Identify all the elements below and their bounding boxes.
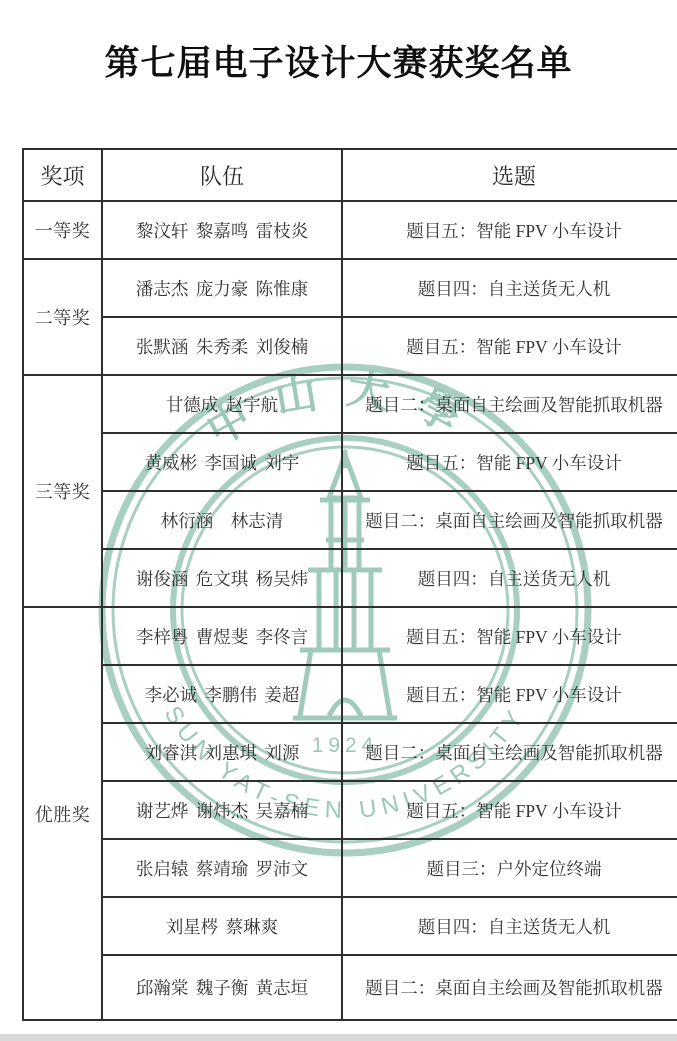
- awards-table: 奖项 队伍 选题 一等奖黎汶轩 黎嘉鸣 雷枝炎题目五：智能 FPV 小车设计二等…: [22, 148, 677, 1021]
- team-cell: 黎汶轩 黎嘉鸣 雷枝炎: [102, 201, 342, 259]
- topic-cell: 题目二：桌面自主绘画及智能抓取机器: [342, 723, 677, 781]
- table-row: 刘睿淇 刘惠琪 刘源题目二：桌面自主绘画及智能抓取机器: [23, 723, 677, 781]
- table-row: 刘星梣 蔡琳爽题目四：自主送货无人机: [23, 897, 677, 955]
- table-row: 二等奖潘志杰 庞力豪 陈惟康题目四：自主送货无人机: [23, 259, 677, 317]
- table-row: 三等奖甘德成 赵宇航题目二：桌面自主绘画及智能抓取机器: [23, 375, 677, 433]
- topic-cell: 题目五：智能 FPV 小车设计: [342, 665, 677, 723]
- header-award: 奖项: [23, 149, 102, 201]
- page-bottom-edge: [0, 1034, 677, 1041]
- topic-cell: 题目五：智能 FPV 小车设计: [342, 201, 677, 259]
- table-row: 优胜奖李梓粤 曹煜斐 李佟言题目五：智能 FPV 小车设计: [23, 607, 677, 665]
- topic-cell: 题目三：户外定位终端: [342, 839, 677, 897]
- team-cell: 甘德成 赵宇航: [102, 375, 342, 433]
- team-cell: 黄威彬 李国诚 刘宇: [102, 433, 342, 491]
- topic-cell: 题目二：桌面自主绘画及智能抓取机器: [342, 375, 677, 433]
- table-row: 谢俊涵 危文琪 杨吴炜题目四：自主送货无人机: [23, 549, 677, 607]
- team-cell: 李必诚 李鹏伟 姜超: [102, 665, 342, 723]
- award-cell: 二等奖: [23, 259, 102, 375]
- team-cell: 谢俊涵 危文琪 杨吴炜: [102, 549, 342, 607]
- team-cell: 刘星梣 蔡琳爽: [102, 897, 342, 955]
- topic-cell: 题目五：智能 FPV 小车设计: [342, 317, 677, 375]
- topic-cell: 题目二：桌面自主绘画及智能抓取机器: [342, 955, 677, 1020]
- header-team: 队伍: [102, 149, 342, 201]
- table-row: 张默涵 朱秀柔 刘俊楠题目五：智能 FPV 小车设计: [23, 317, 677, 375]
- table-row: 黄威彬 李国诚 刘宇题目五：智能 FPV 小车设计: [23, 433, 677, 491]
- team-cell: 谢艺烨 谢炜杰 吴嘉楠: [102, 781, 342, 839]
- team-cell: 邱瀚棠 魏子衡 黄志垣: [102, 955, 342, 1020]
- team-cell: 潘志杰 庞力豪 陈惟康: [102, 259, 342, 317]
- table-row: 一等奖黎汶轩 黎嘉鸣 雷枝炎题目五：智能 FPV 小车设计: [23, 201, 677, 259]
- topic-cell: 题目四：自主送货无人机: [342, 549, 677, 607]
- table-row: 李必诚 李鹏伟 姜超题目五：智能 FPV 小车设计: [23, 665, 677, 723]
- awards-table-container: 奖项 队伍 选题 一等奖黎汶轩 黎嘉鸣 雷枝炎题目五：智能 FPV 小车设计二等…: [22, 148, 655, 1021]
- team-cell: 张默涵 朱秀柔 刘俊楠: [102, 317, 342, 375]
- table-row: 邱瀚棠 魏子衡 黄志垣题目二：桌面自主绘画及智能抓取机器: [23, 955, 677, 1020]
- page-title: 第七届电子设计大赛获奖名单: [0, 36, 677, 86]
- topic-cell: 题目二：桌面自主绘画及智能抓取机器: [342, 491, 677, 549]
- header-topic: 选题: [342, 149, 677, 201]
- topic-cell: 题目四：自主送货无人机: [342, 259, 677, 317]
- topic-cell: 题目五：智能 FPV 小车设计: [342, 781, 677, 839]
- team-cell: 刘睿淇 刘惠琪 刘源: [102, 723, 342, 781]
- table-row: 林衍涵 林志清题目二：桌面自主绘画及智能抓取机器: [23, 491, 677, 549]
- award-cell: 一等奖: [23, 201, 102, 259]
- awards-table-body: 一等奖黎汶轩 黎嘉鸣 雷枝炎题目五：智能 FPV 小车设计二等奖潘志杰 庞力豪 …: [23, 201, 677, 1020]
- table-row: 谢艺烨 谢炜杰 吴嘉楠题目五：智能 FPV 小车设计: [23, 781, 677, 839]
- award-cell: 优胜奖: [23, 607, 102, 1020]
- topic-cell: 题目五：智能 FPV 小车设计: [342, 607, 677, 665]
- topic-cell: 题目五：智能 FPV 小车设计: [342, 433, 677, 491]
- table-header-row: 奖项 队伍 选题: [23, 149, 677, 201]
- team-cell: 张启辕 蔡靖瑜 罗沛文: [102, 839, 342, 897]
- topic-cell: 题目四：自主送货无人机: [342, 897, 677, 955]
- award-cell: 三等奖: [23, 375, 102, 607]
- team-cell: 李梓粤 曹煜斐 李佟言: [102, 607, 342, 665]
- table-row: 张启辕 蔡靖瑜 罗沛文题目三：户外定位终端: [23, 839, 677, 897]
- team-cell: 林衍涵 林志清: [102, 491, 342, 549]
